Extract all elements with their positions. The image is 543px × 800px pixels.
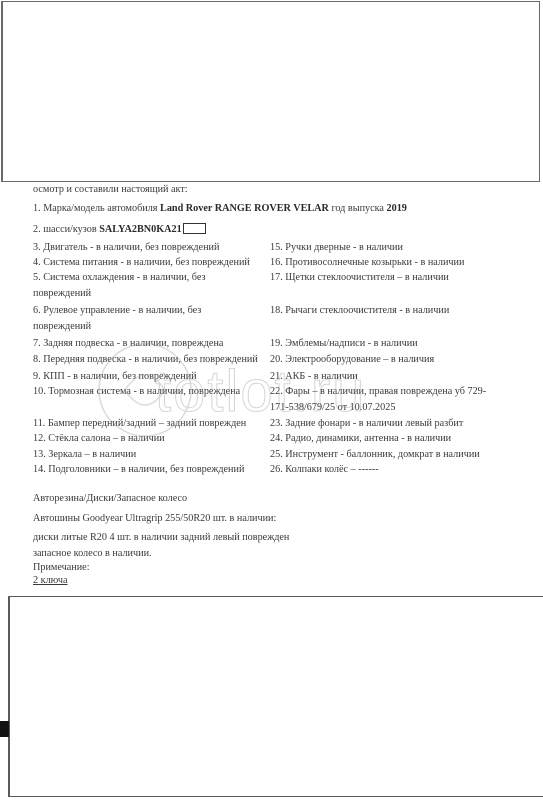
list-item-line: 20. Электрооборудование – в наличия xyxy=(270,355,434,365)
tires-line: Автошины Goodyear Ultragrip 255/50R20 шт… xyxy=(33,514,276,524)
list-item-line: 3. Двигатель - в наличии, без повреждени… xyxy=(33,243,219,253)
note-value: 2 ключа xyxy=(33,576,68,586)
redacted-region-bottom xyxy=(8,596,543,797)
item-make-model: 1. Марка/модель автомобиля Land Rover RA… xyxy=(33,204,407,214)
right-column-item: 19. Эмблемы/надписи - в наличии xyxy=(270,339,418,355)
right-column-item: 20. Электрооборудование – в наличия xyxy=(270,355,434,371)
item-vin: 2. шасси/кузов SALYA2BN0KA21 xyxy=(33,223,206,235)
list-item-line: 7. Задняя подвеска - в наличии, поврежде… xyxy=(33,339,223,349)
list-item-line: 13. Зеркала – в наличии xyxy=(33,450,136,460)
list-item-line: 17. Щетки стеклоочистителя – в наличии xyxy=(270,273,449,283)
list-item-line: 16. Противосолнечные козырьки - в наличи… xyxy=(270,258,464,268)
list-item-line: повреждений xyxy=(33,322,201,332)
list-item-line: 25. Инструмент - баллонник, домкрат в на… xyxy=(270,450,480,460)
right-column-item: 22. Фары – в наличии, правая повреждена … xyxy=(270,387,486,419)
list-item-line: 24. Радио, динамики, антенна - в наличии xyxy=(270,434,451,444)
list-item-line: 12. Стёкла салона – в наличии xyxy=(33,434,165,444)
right-column-item: 24. Радио, динамики, антенна - в наличии xyxy=(270,434,451,450)
list-item-line: 19. Эмблемы/надписи - в наличии xyxy=(270,339,418,349)
left-column-item: 12. Стёкла салона – в наличии xyxy=(33,434,165,450)
left-column-item: 6. Рулевое управление - в наличии, безпо… xyxy=(33,306,201,338)
list-item-line: 10. Тормозная система - в наличии, повре… xyxy=(33,387,240,397)
list-item-line: 9. КПП - в наличии, без повреждений xyxy=(33,372,197,382)
right-column-item: 26. Колпаки колёс – ------ xyxy=(270,465,379,481)
left-column-item: 14. Подголовники – в наличии, без повреж… xyxy=(33,465,244,481)
list-item-line: 5. Система охлаждения - в наличии, без xyxy=(33,273,206,283)
list-item-line: повреждений xyxy=(33,289,206,299)
tires-heading: Авторезина/Диски/Запасное колесо xyxy=(33,494,187,504)
left-column-item: 8. Передняя подвеска - в наличии, без по… xyxy=(33,355,258,371)
vin-redacted-box xyxy=(183,223,206,234)
right-column-item: 17. Щетки стеклоочистителя – в наличии xyxy=(270,273,449,289)
list-item-line: 22. Фары – в наличии, правая повреждена … xyxy=(270,387,486,397)
list-item-line: 26. Колпаки колёс – ------ xyxy=(270,465,379,475)
list-item-line: 21. АКБ - в наличии xyxy=(270,372,358,382)
note-label: Примечание: xyxy=(33,563,90,573)
scan-mark xyxy=(0,721,9,737)
list-item-line: 18. Рычаги стеклоочистителя - в наличии xyxy=(270,306,449,316)
left-column-item: 10. Тормозная система - в наличии, повре… xyxy=(33,387,240,403)
vehicle-model: Land Rover RANGE ROVER VELAR xyxy=(160,203,329,214)
list-item-line: 6. Рулевое управление - в наличии, без xyxy=(33,306,201,316)
left-column-item: 5. Система охлаждения - в наличии, безпо… xyxy=(33,273,206,305)
list-item-line: 23. Задние фонари - в наличии левый разб… xyxy=(270,419,463,429)
list-item-line: 171-538/679/25 от 10.07.2025 xyxy=(270,403,486,413)
redacted-region-top xyxy=(1,1,540,182)
discs-line: диски литые R20 4 шт. в наличии задний л… xyxy=(33,533,289,543)
spare-line: запасное колесо в наличии. xyxy=(33,549,152,559)
list-item-line: 4. Система питания - в наличии, без повр… xyxy=(33,258,250,268)
list-item-line: 15. Ручки дверные - в наличии xyxy=(270,243,403,253)
vehicle-year: 2019 xyxy=(387,203,407,214)
left-column-item: 7. Задняя подвеска - в наличии, поврежде… xyxy=(33,339,223,355)
intro-text: осмотр и составили настоящий акт: xyxy=(33,185,188,195)
list-item-line: 11. Бампер передний/задний – задний повр… xyxy=(33,419,246,429)
list-item-line: 8. Передняя подвеска - в наличии, без по… xyxy=(33,355,258,365)
right-column-item: 18. Рычаги стеклоочистителя - в наличии xyxy=(270,306,449,322)
list-item-line: 14. Подголовники – в наличии, без повреж… xyxy=(33,465,244,475)
vin-number: SALYA2BN0KA21 xyxy=(99,224,181,235)
